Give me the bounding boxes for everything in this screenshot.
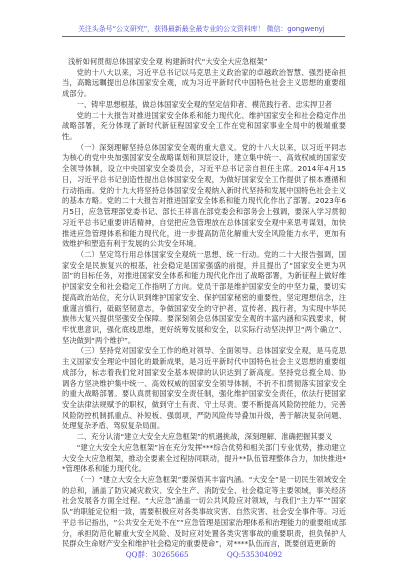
promo-header: 关注头条号“公文研究”，获得最新最全最专业的公文资料库！ 微信：gongweny…	[62, 24, 345, 37]
paragraph: 党的十八大以来，习近平总书记以马克思主义政治家的卓越政治智慧、强烈使命担当，高瞻…	[62, 68, 346, 100]
document-body: 浅析如何贯彻总体国家安全观 构建新时代“大安全大应急框架” 党的十八大以来，习近…	[62, 57, 346, 550]
paragraph: （二）坚定笃行用总体国家安全观统一思想、统一行动。党的二十大报告强调，国家安全是…	[62, 250, 346, 346]
section-heading: 一、铸牢思想根基，做总体国家安全观的坚定信仰者、模范践行者、忠实捍卫者	[62, 100, 346, 111]
paragraph: （三）坚持党对国家安全工作的绝对领导、全面领导。总体国家安全观，是马克思主义国家…	[62, 346, 346, 432]
paragraph: “建立大安全大应急框架”旨在充分发挥***综合优势和相关部门专业优势，推动建立大…	[62, 443, 346, 475]
document-title: 浅析如何贯彻总体国家安全观 构建新时代“大安全大应急框架”	[62, 57, 346, 68]
paragraph: （一）深刻理解坚持总体国家安全观的重大意义。党的十八大以来，以习近平同志为核心的…	[62, 143, 346, 250]
promo-header-text: 关注头条号“公文研究”，获得最新最全最专业的公文资料库！ 微信：gongweny…	[78, 25, 325, 34]
qq-number: QQ:535304092	[227, 550, 282, 559]
paragraph: 党的二十大报告对推进国家安全体系和能力现代化、维护国家安全和社会稳定作出战略部署…	[62, 111, 346, 143]
contact-footer: QQ群：30265665 QQ:535304092	[0, 550, 408, 560]
paragraph: （一）“建立大安全大应急框架”要深悟其丰富内涵。“大安全”是一切民生领域安全的总…	[62, 475, 346, 550]
qq-group: QQ群：30265665	[126, 550, 189, 559]
section-heading: 二、充分认清“建立大安全大应急框架”的机遇挑战，深刻理解、准确把握其要义	[62, 432, 346, 443]
